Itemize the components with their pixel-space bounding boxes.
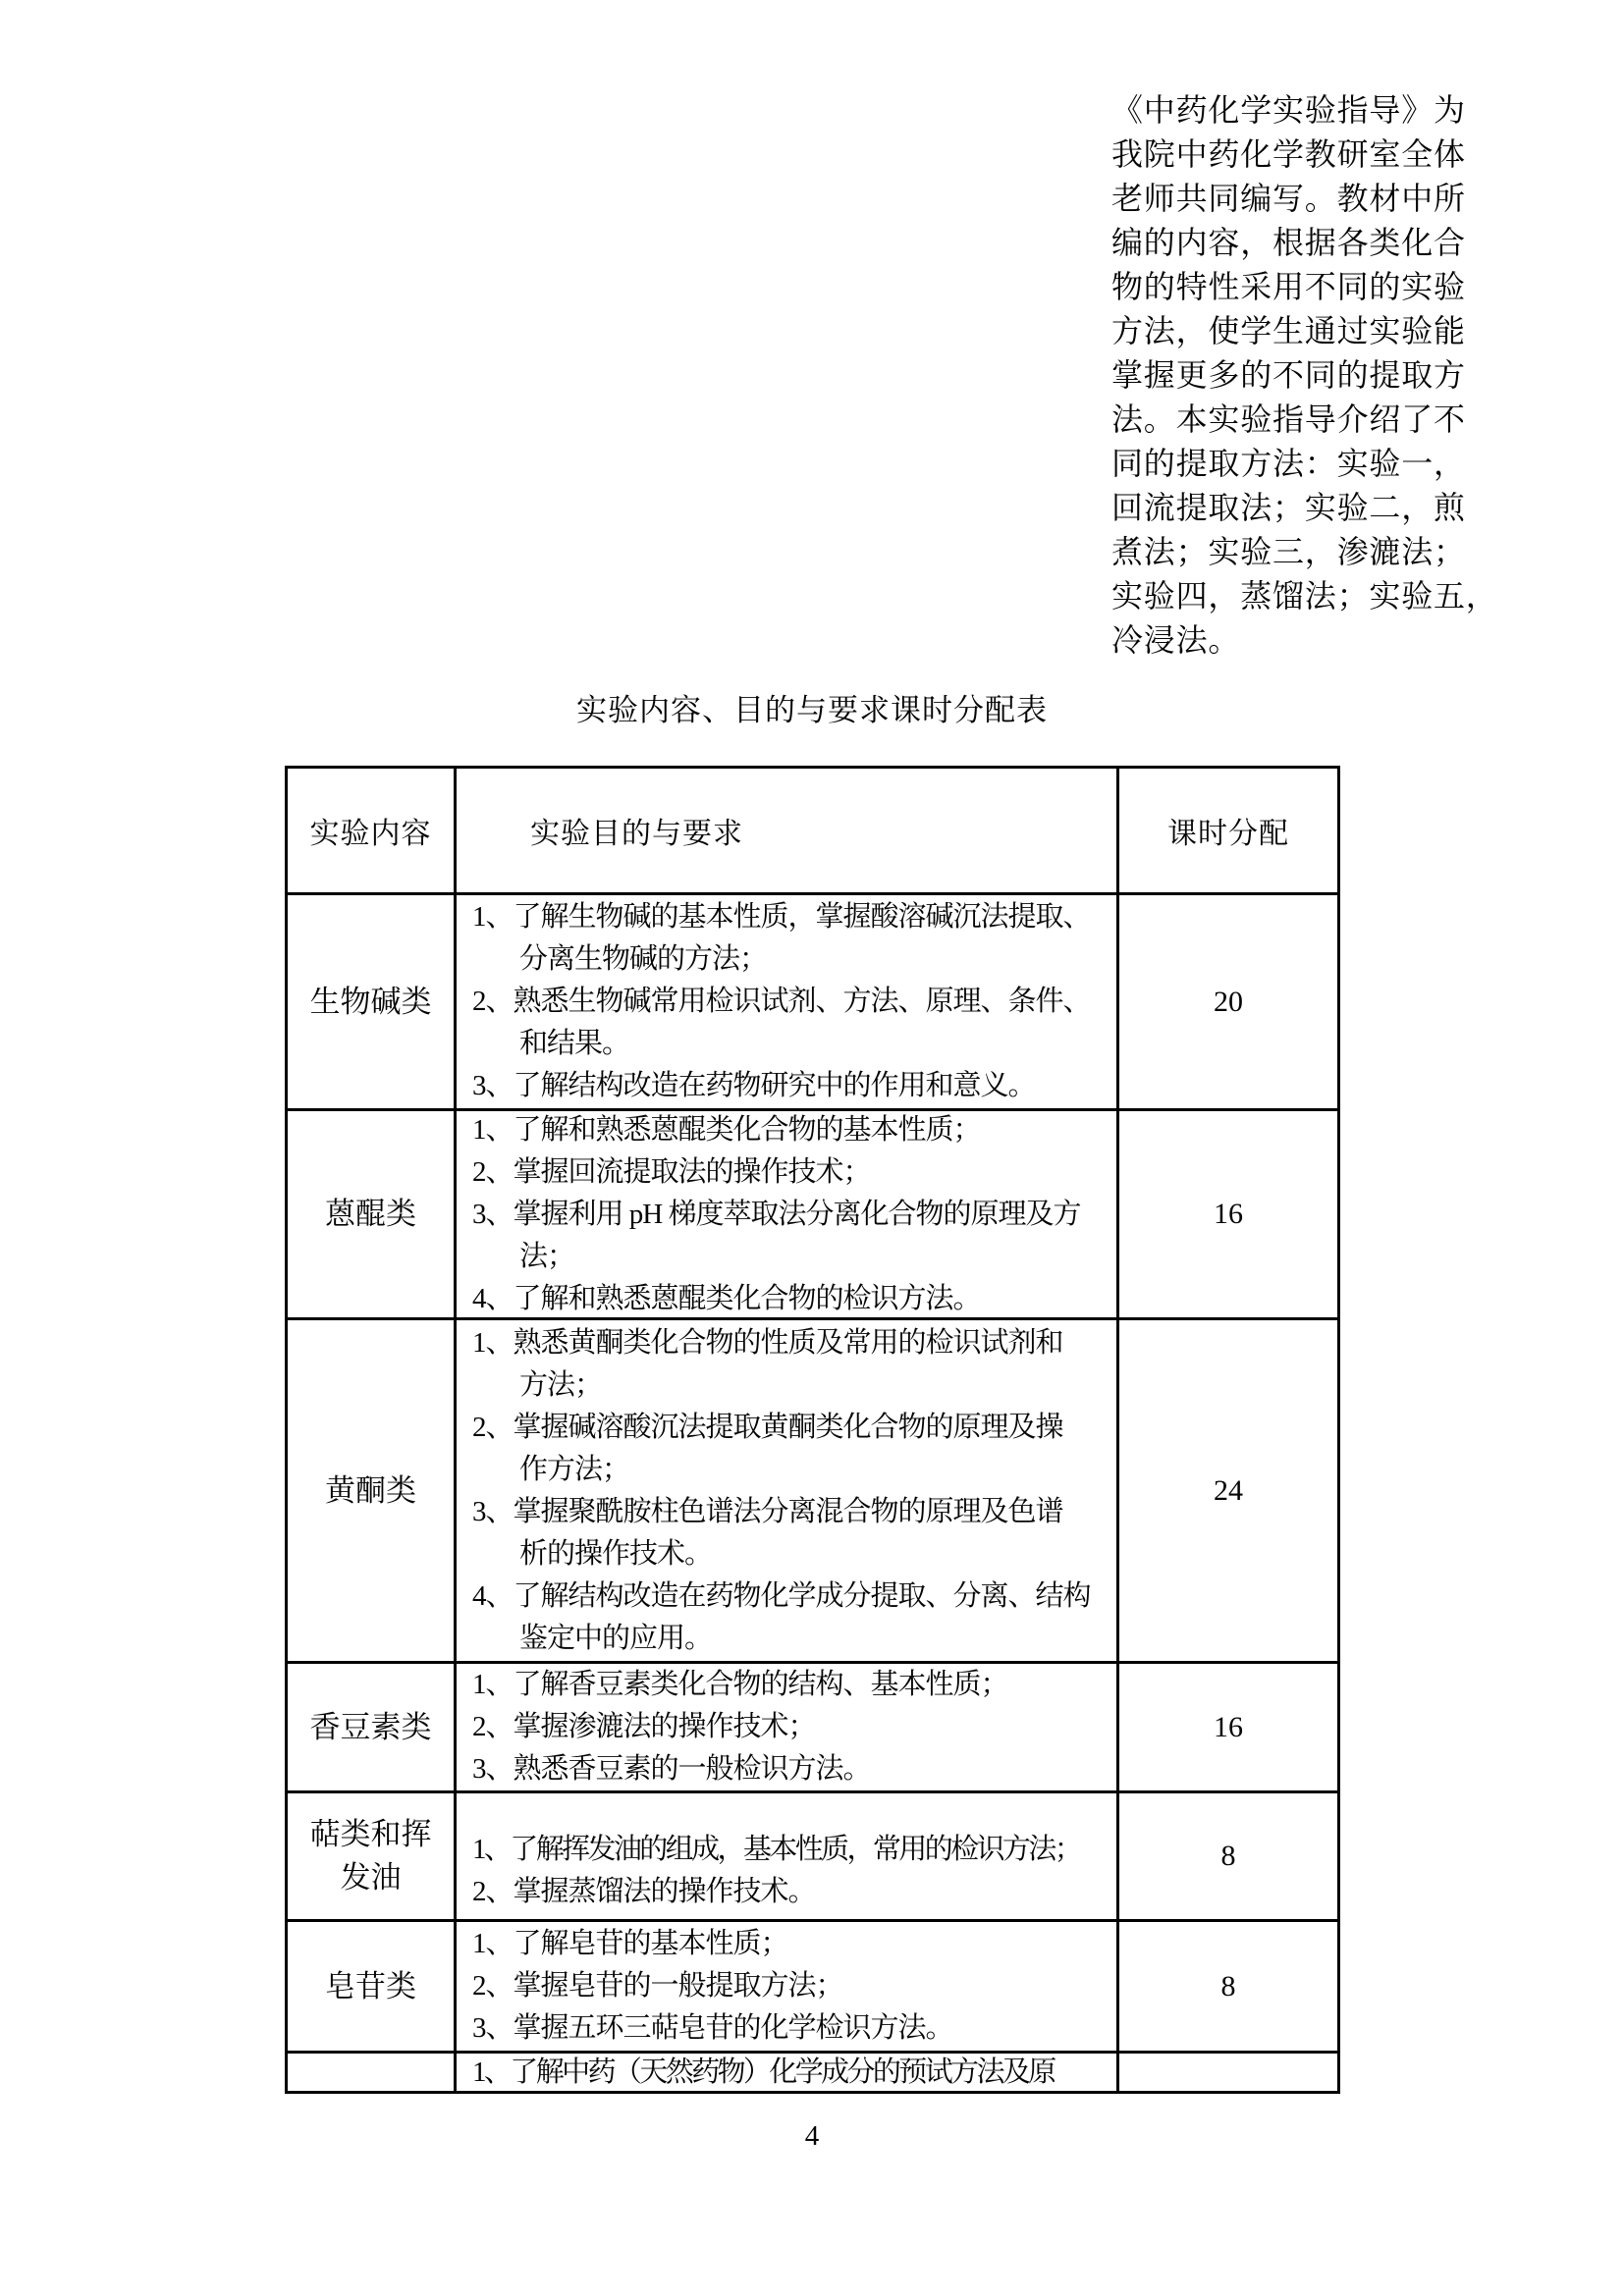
- objective-line: 1、了解生物碱的基本性质，掌握酸溶碱沉法提取、: [472, 896, 1112, 938]
- row5-objectives-cell: 1、了解皂苷的基本性质； 2、掌握皂苷的一般提取方法； 3、掌握五环三萜皂苷的化…: [457, 1922, 1119, 2054]
- objective-line: 2、掌握回流提取法的操作技术；: [472, 1151, 1112, 1194]
- objective-line: 3、了解结构改造在药物研究中的作用和意义。: [472, 1065, 1112, 1107]
- row-label: 萜类和挥: [310, 1813, 432, 1856]
- row-label: 蒽醌类: [325, 1193, 416, 1236]
- row6-hours-cell: [1119, 2054, 1337, 2091]
- row-label: 发油: [341, 1856, 402, 1899]
- intro-line: 回流提取法；实验二，煎: [1111, 486, 1498, 530]
- header-objective: 实验目的与要求: [457, 769, 1119, 895]
- objective-line: 2、掌握蒸馏法的操作技术。: [472, 1871, 1112, 1913]
- row1-objectives-cell: 1、了解和熟悉蒽醌类化合物的基本性质； 2、掌握回流提取法的操作技术； 3、掌握…: [457, 1111, 1119, 1320]
- row3-hours-cell: 16: [1119, 1664, 1337, 1793]
- document-page: 《中药化学实验指导》为 我院中药化学教研室全体 老师共同编写。教材中所 编的内容…: [0, 0, 1624, 2296]
- objective-line: 鉴定中的应用。: [472, 1618, 1112, 1660]
- objective-line: 4、了解结构改造在药物化学成分提取、分离、结构: [472, 1575, 1112, 1618]
- intro-line: 冷浸法。: [1111, 618, 1498, 663]
- row5-label-cell: 皂苷类: [288, 1922, 457, 2054]
- intro-line: 同的提取方法：实验一，: [1111, 442, 1498, 486]
- row4-hours-cell: 8: [1119, 1793, 1337, 1922]
- intro-line: 我院中药化学教研室全体: [1111, 133, 1498, 177]
- objective-line: 3、掌握利用 pH 梯度萃取法分离化合物的原理及方: [472, 1194, 1112, 1236]
- objective-line: 法；: [472, 1236, 1112, 1278]
- intro-line: 物的特性采用不同的实验: [1111, 265, 1498, 309]
- intro-line: 《中药化学实验指导》为: [1111, 88, 1498, 133]
- intro-line: 实验四，蒸馏法；实验五，: [1111, 574, 1498, 618]
- row-label: 生物碱类: [310, 981, 432, 1024]
- objective-line: 3、掌握聚酰胺柱色谱法分离混合物的原理及色谱: [472, 1491, 1112, 1533]
- objective-line: 2、掌握皂苷的一般提取方法；: [472, 1965, 1112, 2007]
- objective-line: 1、了解皂苷的基本性质；: [472, 1923, 1112, 1965]
- row3-label-cell: 香豆素类: [288, 1664, 457, 1793]
- objective-line: 2、熟悉生物碱常用检识试剂、方法、原理、条件、: [472, 981, 1112, 1023]
- objective-line: 方法；: [472, 1364, 1112, 1407]
- hours-allocation-table: 实验内容 实验目的与要求 课时分配 生物碱类 1、了解生物碱的基本性质，掌握酸溶…: [285, 766, 1340, 2094]
- row-label: 香豆素类: [310, 1706, 432, 1749]
- objective-line: 4、了解和熟悉蒽醌类化合物的检识方法。: [472, 1278, 1112, 1320]
- objective-line: 2、掌握渗漉法的操作技术；: [472, 1706, 1112, 1748]
- objective-line: 作方法；: [472, 1449, 1112, 1491]
- table-title: 实验内容、目的与要求课时分配表: [0, 685, 1624, 729]
- row4-label-cell: 萜类和挥 发油: [288, 1793, 457, 1922]
- objective-line: 3、掌握五环三萜皂苷的化学检识方法。: [472, 2007, 1112, 2050]
- header-hours: 课时分配: [1119, 769, 1337, 895]
- intro-line: 编的内容，根据各类化合: [1111, 221, 1498, 265]
- row-label: 皂苷类: [325, 1965, 416, 2008]
- row2-label-cell: 黄酮类: [288, 1320, 457, 1664]
- intro-line: 法。本实验指导介绍了不: [1111, 398, 1498, 442]
- row5-hours-cell: 8: [1119, 1922, 1337, 2054]
- row6-objectives-cell: 1、了解中药（天然药物）化学成分的预试方法及原: [457, 2054, 1119, 2091]
- page-number: 4: [0, 2120, 1624, 2153]
- objective-line: 2、掌握碱溶酸沉法提取黄酮类化合物的原理及操: [472, 1407, 1112, 1449]
- objective-line: 1、了解中药（天然药物）化学成分的预试方法及原: [472, 2054, 1112, 2091]
- row0-label-cell: 生物碱类: [288, 895, 457, 1111]
- objective-line: 1、了解和熟悉蒽醌类化合物的基本性质；: [472, 1111, 1112, 1151]
- header-experiment-content: 实验内容: [288, 769, 457, 895]
- intro-paragraph: 《中药化学实验指导》为 我院中药化学教研室全体 老师共同编写。教材中所 编的内容…: [1111, 88, 1498, 663]
- row4-objectives-cell: 1、了解挥发油的组成，基本性质，常用的检识方法； 2、掌握蒸馏法的操作技术。: [457, 1793, 1119, 1922]
- row1-label-cell: 蒽醌类: [288, 1111, 457, 1320]
- intro-line: 方法，使学生通过实验能: [1111, 309, 1498, 353]
- objective-line: 和结果。: [472, 1023, 1112, 1065]
- row2-hours-cell: 24: [1119, 1320, 1337, 1664]
- intro-line: 掌握更多的不同的提取方: [1111, 353, 1498, 398]
- row6-label-cell: [288, 2054, 457, 2091]
- intro-line: 煮法；实验三，渗漉法；: [1111, 530, 1498, 574]
- objective-line: 析的操作技术。: [472, 1533, 1112, 1575]
- row0-hours-cell: 20: [1119, 895, 1337, 1111]
- row0-objectives-cell: 1、了解生物碱的基本性质，掌握酸溶碱沉法提取、 分离生物碱的方法； 2、熟悉生物…: [457, 895, 1119, 1111]
- objective-line: 3、熟悉香豆素的一般检识方法。: [472, 1748, 1112, 1790]
- objective-line: 1、熟悉黄酮类化合物的性质及常用的检识试剂和: [472, 1322, 1112, 1364]
- objective-line: 分离生物碱的方法；: [472, 938, 1112, 981]
- intro-line: 老师共同编写。教材中所: [1111, 177, 1498, 221]
- objective-line: 1、了解香豆素类化合物的结构、基本性质；: [472, 1664, 1112, 1706]
- row-label: 黄酮类: [325, 1469, 416, 1513]
- row3-objectives-cell: 1、了解香豆素类化合物的结构、基本性质； 2、掌握渗漉法的操作技术； 3、熟悉香…: [457, 1664, 1119, 1793]
- row2-objectives-cell: 1、熟悉黄酮类化合物的性质及常用的检识试剂和 方法； 2、掌握碱溶酸沉法提取黄酮…: [457, 1320, 1119, 1664]
- objective-line: 1、了解挥发油的组成，基本性质，常用的检识方法；: [472, 1829, 1112, 1871]
- row1-hours-cell: 16: [1119, 1111, 1337, 1320]
